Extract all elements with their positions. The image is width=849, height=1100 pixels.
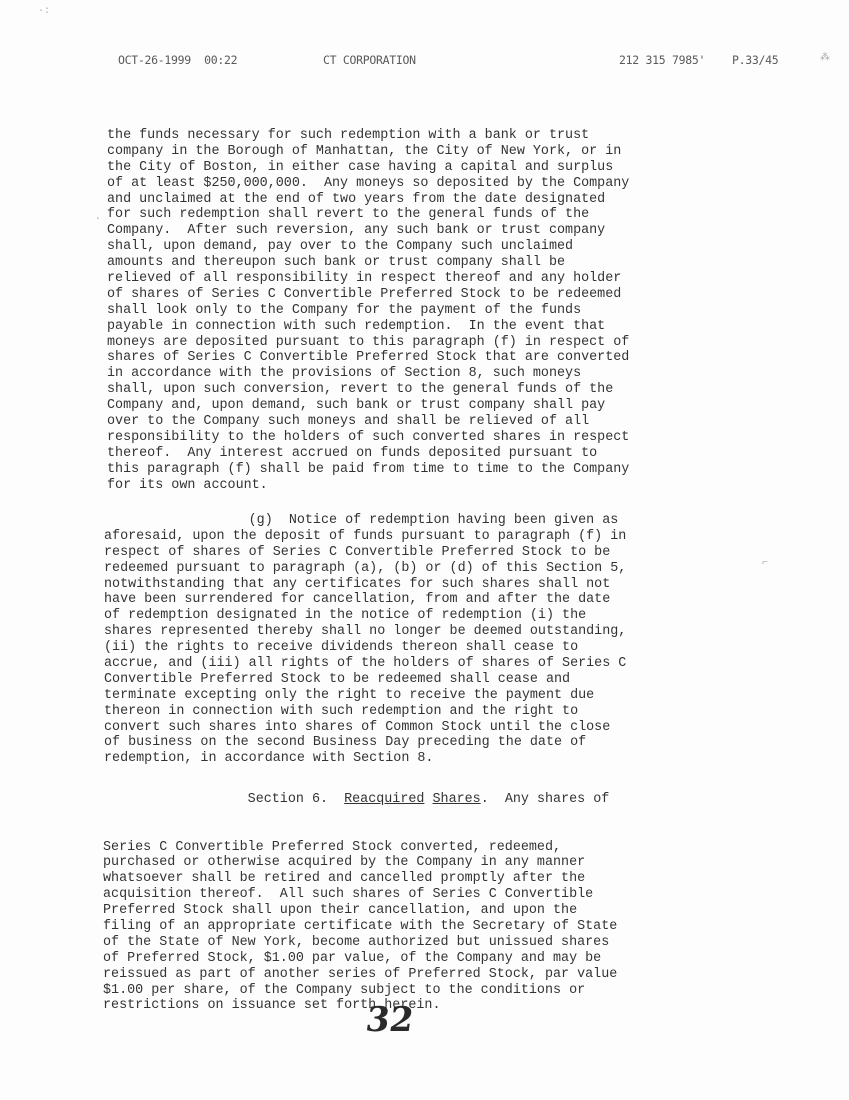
text-line: reissued as part of another series of Pr… bbox=[103, 967, 617, 983]
text-line: and unclaimed at the end of two years fr… bbox=[107, 192, 629, 208]
fax-date-time: OCT-26-1999 00:22 bbox=[118, 53, 237, 67]
text-line: shares represented thereby shall no long… bbox=[104, 624, 626, 640]
text-line: in accordance with the provisions of Sec… bbox=[107, 366, 629, 382]
section-6-heading-word2: Shares bbox=[433, 792, 481, 807]
section-6-lead-line: Section 6. Reacquired Shares. Any shares… bbox=[103, 792, 617, 808]
text-line: of the State of New York, become authori… bbox=[103, 935, 617, 951]
scan-speck: ·: bbox=[38, 6, 50, 17]
text-line: have been surrendered for cancellation, … bbox=[104, 592, 626, 608]
text-line: shall look only to the Company for the p… bbox=[107, 303, 629, 319]
text-line: whatsoever shall be retired and cancelle… bbox=[103, 871, 617, 887]
text-line: Preferred Stock shall upon their cancell… bbox=[103, 903, 617, 919]
text-line: purchased or otherwise acquired by the C… bbox=[103, 855, 617, 871]
text-line: Company and, upon demand, such bank or t… bbox=[107, 398, 629, 414]
section-6-label: Section 6. bbox=[248, 792, 344, 807]
text-line: (ii) the rights to receive dividends the… bbox=[104, 640, 626, 656]
text-line: of shares of Series C Convertible Prefer… bbox=[107, 287, 629, 303]
text-line: of Preferred Stock, $1.00 par value, of … bbox=[103, 951, 617, 967]
text-line: shall, upon such conversion, revert to t… bbox=[107, 382, 629, 398]
text-line: accrue, and (iii) all rights of the hold… bbox=[104, 656, 626, 672]
text-line: for its own account. bbox=[107, 478, 629, 494]
text-line: redeemed pursuant to paragraph (a), (b) … bbox=[104, 561, 626, 577]
text-line: payable in connection with such redempti… bbox=[107, 319, 629, 335]
text-line: notwithstanding that any certificates fo… bbox=[104, 577, 626, 593]
text-line: over to the Company such moneys and shal… bbox=[107, 414, 629, 430]
text-line: the funds necessary for such redemption … bbox=[107, 128, 629, 144]
text-line: thereon in connection with such redempti… bbox=[104, 704, 626, 720]
text-line: of redemption designated in the notice o… bbox=[104, 608, 626, 624]
text-line: filing of an appropriate certificate wit… bbox=[103, 919, 617, 935]
section-6-heading-word1: Reacquired bbox=[344, 792, 424, 807]
text-line: respect of shares of Series C Convertibl… bbox=[104, 545, 626, 561]
section-6-body: Series C Convertible Preferred Stock con… bbox=[103, 840, 617, 1015]
text-line: Convertible Preferred Stock to be redeem… bbox=[104, 672, 626, 688]
fax-sender: CT CORPORATION bbox=[323, 53, 416, 67]
scan-speck: ⌐ bbox=[762, 558, 768, 569]
text-line: restrictions on issuance set forth herei… bbox=[103, 998, 617, 1014]
text-line: relieved of all responsibility in respec… bbox=[107, 271, 629, 287]
section-6: Section 6. Reacquired Shares. Any shares… bbox=[103, 760, 617, 1030]
fax-phone: 212 315 7985' bbox=[619, 53, 705, 67]
text-line: amounts and thereupon such bank or trust… bbox=[107, 255, 629, 271]
text-line: convert such shares into shares of Commo… bbox=[104, 720, 626, 736]
text-line: this paragraph (f) shall be paid from ti… bbox=[107, 462, 629, 478]
text-line: shall, upon demand, pay over to the Comp… bbox=[107, 239, 629, 255]
text-line: Series C Convertible Preferred Stock con… bbox=[103, 840, 617, 856]
text-line: aforesaid, upon the deposit of funds pur… bbox=[104, 529, 626, 545]
text-line: acquisition thereof. All such shares of … bbox=[103, 887, 617, 903]
paragraph-g: (g) Notice of redemption having been giv… bbox=[104, 513, 626, 767]
text-line: company in the Borough of Manhattan, the… bbox=[107, 144, 629, 160]
text-line: Company. After such reversion, any such … bbox=[107, 223, 629, 239]
text-line: $1.00 per share, of the Company subject … bbox=[103, 983, 617, 999]
text-line: shares of Series C Convertible Preferred… bbox=[107, 350, 629, 366]
scan-speck: ⁂ bbox=[820, 52, 830, 64]
text-line: responsibility to the holders of such co… bbox=[107, 430, 629, 446]
text-line: for such redemption shall revert to the … bbox=[107, 207, 629, 223]
text-line: terminate excepting only the right to re… bbox=[104, 688, 626, 704]
text-line: the City of Boston, in either case havin… bbox=[107, 160, 629, 176]
handwritten-page-number: 32 bbox=[363, 1000, 416, 1040]
text-line: of business on the second Business Day p… bbox=[104, 735, 626, 751]
text-line: thereof. Any interest accrued on funds d… bbox=[107, 446, 629, 462]
text-line: of at least $250,000,000. Any moneys so … bbox=[107, 176, 629, 192]
paragraph-f: the funds necessary for such redemption … bbox=[107, 128, 629, 493]
scan-speck: ˛ bbox=[95, 210, 101, 221]
text-line: moneys are deposited pursuant to this pa… bbox=[107, 335, 629, 351]
fax-header: OCT-26-1999 00:22 CT CORPORATION 212 315… bbox=[0, 53, 849, 69]
text-line: (g) Notice of redemption having been giv… bbox=[104, 513, 626, 529]
fax-page-count: P.33/45 bbox=[732, 53, 778, 67]
